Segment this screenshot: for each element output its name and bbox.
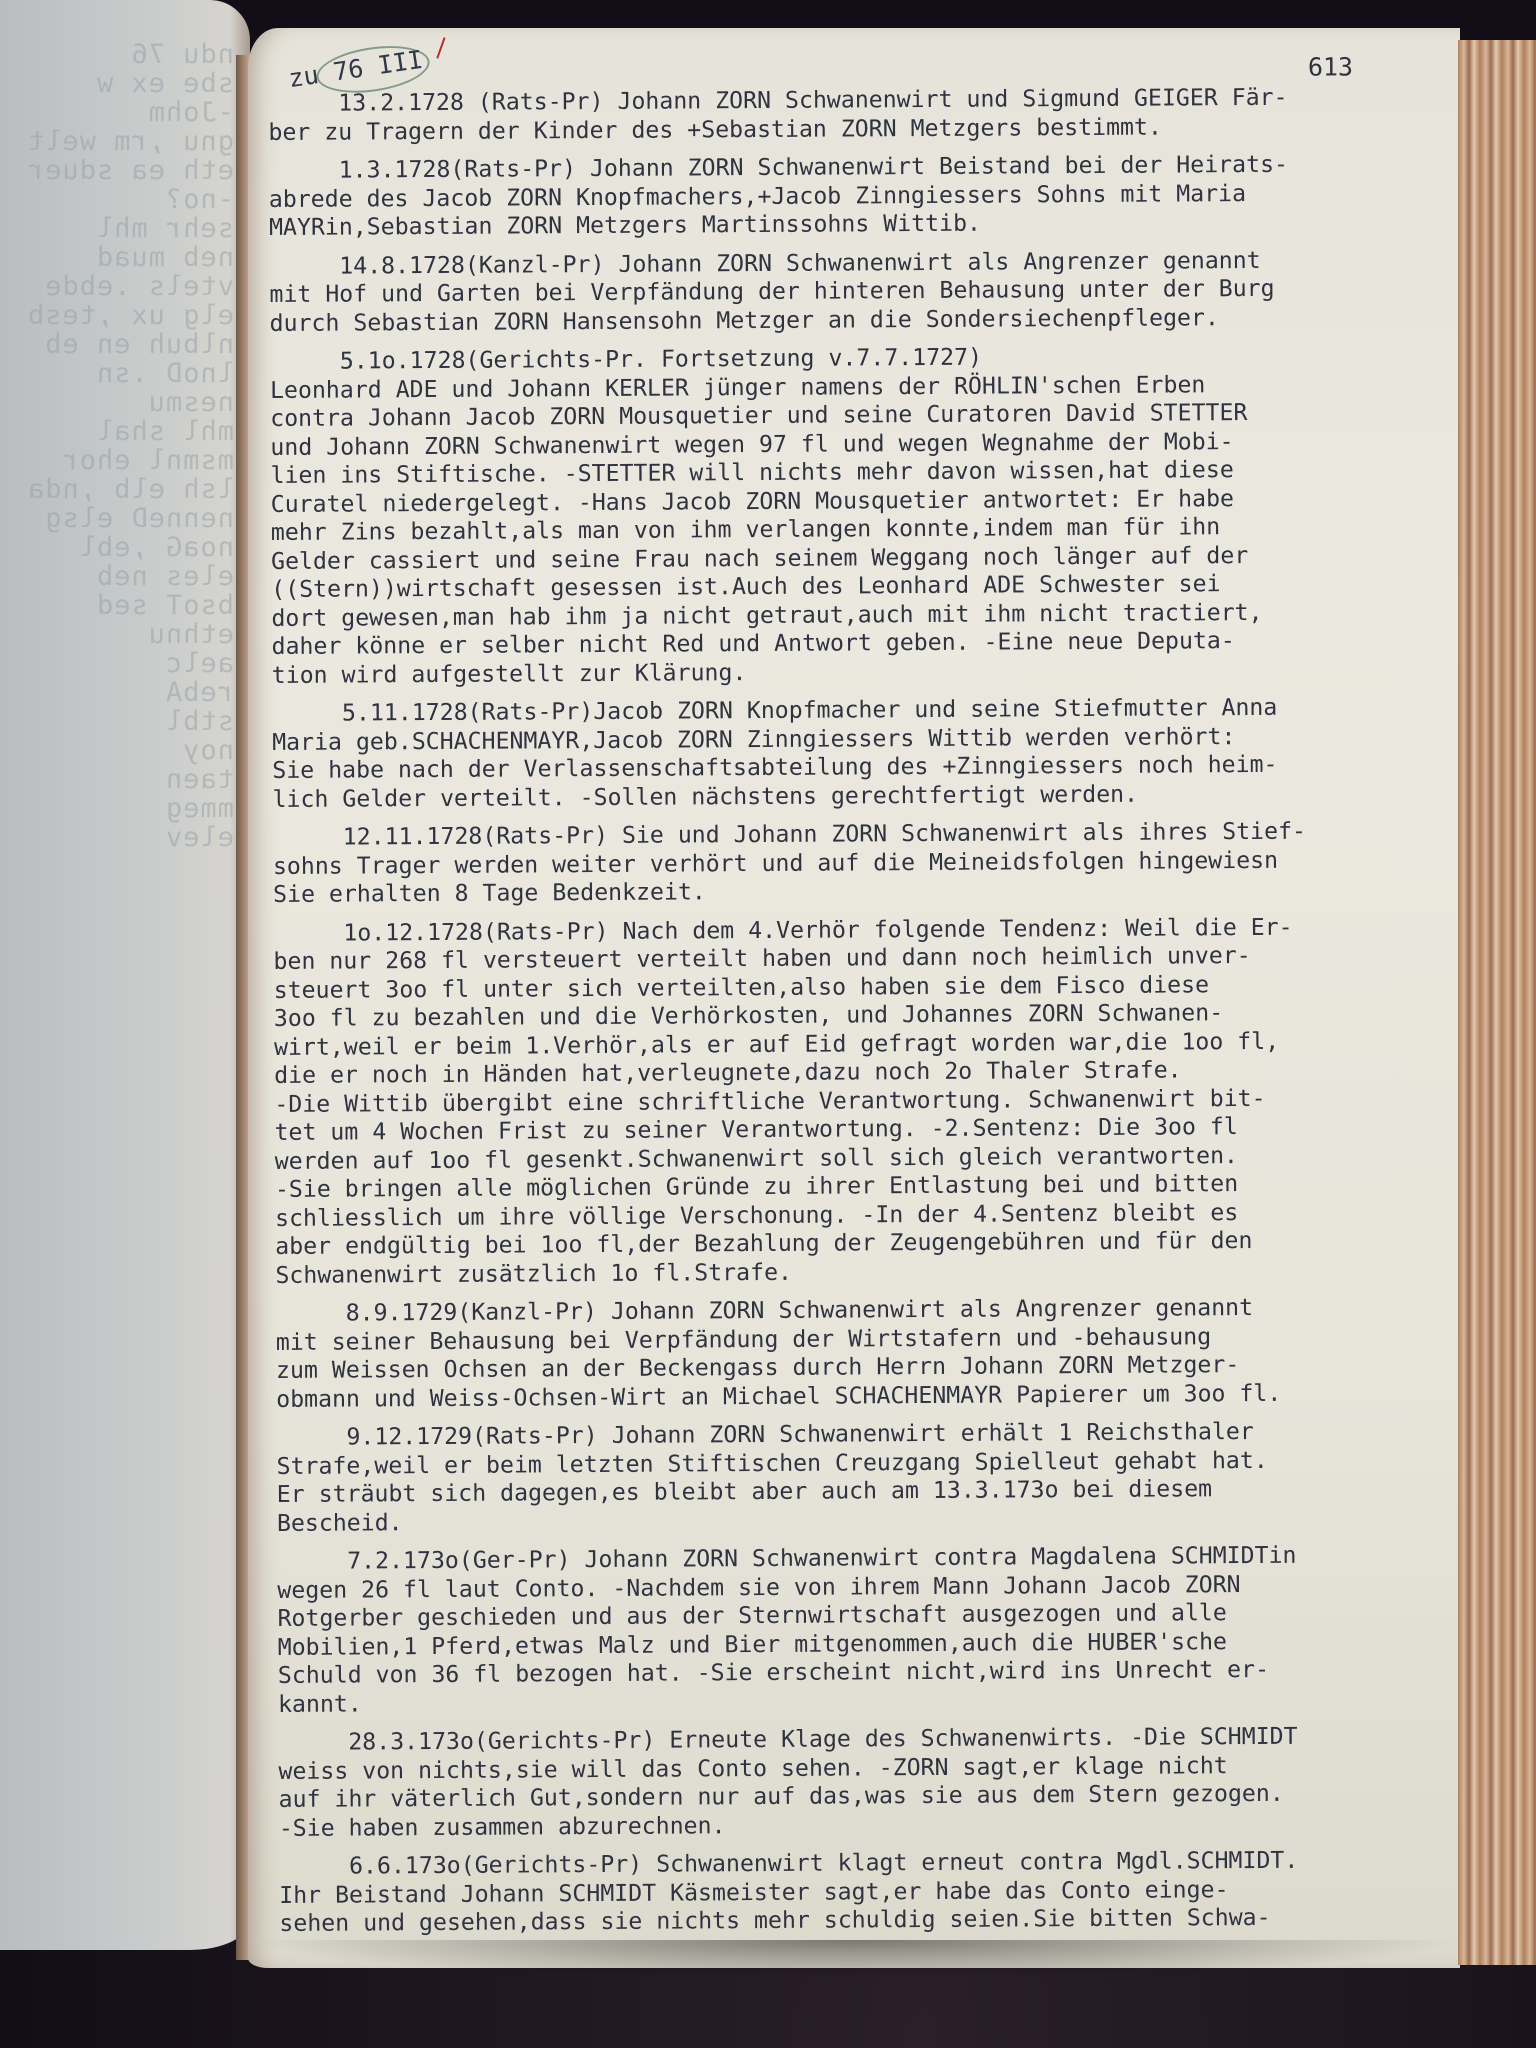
document-entry: 5.11.1728(Rats-Pr)Jacob ZORN Knopfmacher… — [272, 693, 1483, 814]
document-entry: 1o.12.1728(Rats-Pr) Nach dem 4.Verhör fo… — [273, 912, 1485, 1290]
document-entry: 5.1o.1728(Gerichts-Pr. Fortsetzung v.7.7… — [270, 341, 1482, 690]
document-entry: 8.9.1729(Kanzl-Pr) Johann ZORN Schwanenw… — [276, 1293, 1487, 1414]
entry-text-line: Sie erhalten 8 Tage Bedenkzeit. — [273, 874, 1483, 910]
document-entry: 1.3.1728(Rats-Pr) Johann ZORN Schwanenwi… — [269, 150, 1479, 243]
page-content: zu 76 III 613 13.2.1728 (Rats-Pr) Johann… — [268, 53, 1490, 1949]
document-entry: 12.11.1728(Rats-Pr) Sie und Johann ZORN … — [273, 817, 1483, 910]
entries-list: 13.2.1728 (Rats-Pr) Johann ZORN Schwanen… — [268, 83, 1489, 1939]
document-entry: 13.2.1728 (Rats-Pr) Johann ZORN Schwanen… — [268, 83, 1478, 147]
document-entry: 9.12.1729(Rats-Pr) Johann ZORN Schwanenw… — [276, 1417, 1487, 1538]
entry-text-line: MAYRin,Sebastian ZORN Metzgers Martinsso… — [269, 207, 1479, 243]
document-entry: 28.3.173o(Gerichts-Pr) Erneute Klage des… — [278, 1722, 1489, 1843]
left-page-bleed-text: ndu 76 sbe ex w -Johm gnu ,rm welt eth e… — [0, 40, 234, 852]
left-page: ndu 76 sbe ex w -Johm gnu ,rm welt eth e… — [0, 0, 250, 1950]
page-number: 613 — [1308, 53, 1353, 82]
document-entry: 14.8.1728(Kanzl-Pr) Johann ZORN Schwanen… — [269, 245, 1479, 338]
document-entry: 7.2.173o(Ger-Pr) Johann ZORN Schwanenwir… — [277, 1541, 1488, 1719]
document-entry: 6.6.173o(Gerichts-Pr) Schwanenwirt klagt… — [279, 1846, 1489, 1939]
entry-text-line: sehen und gesehen,dass sie nichts mehr s… — [279, 1903, 1489, 1939]
